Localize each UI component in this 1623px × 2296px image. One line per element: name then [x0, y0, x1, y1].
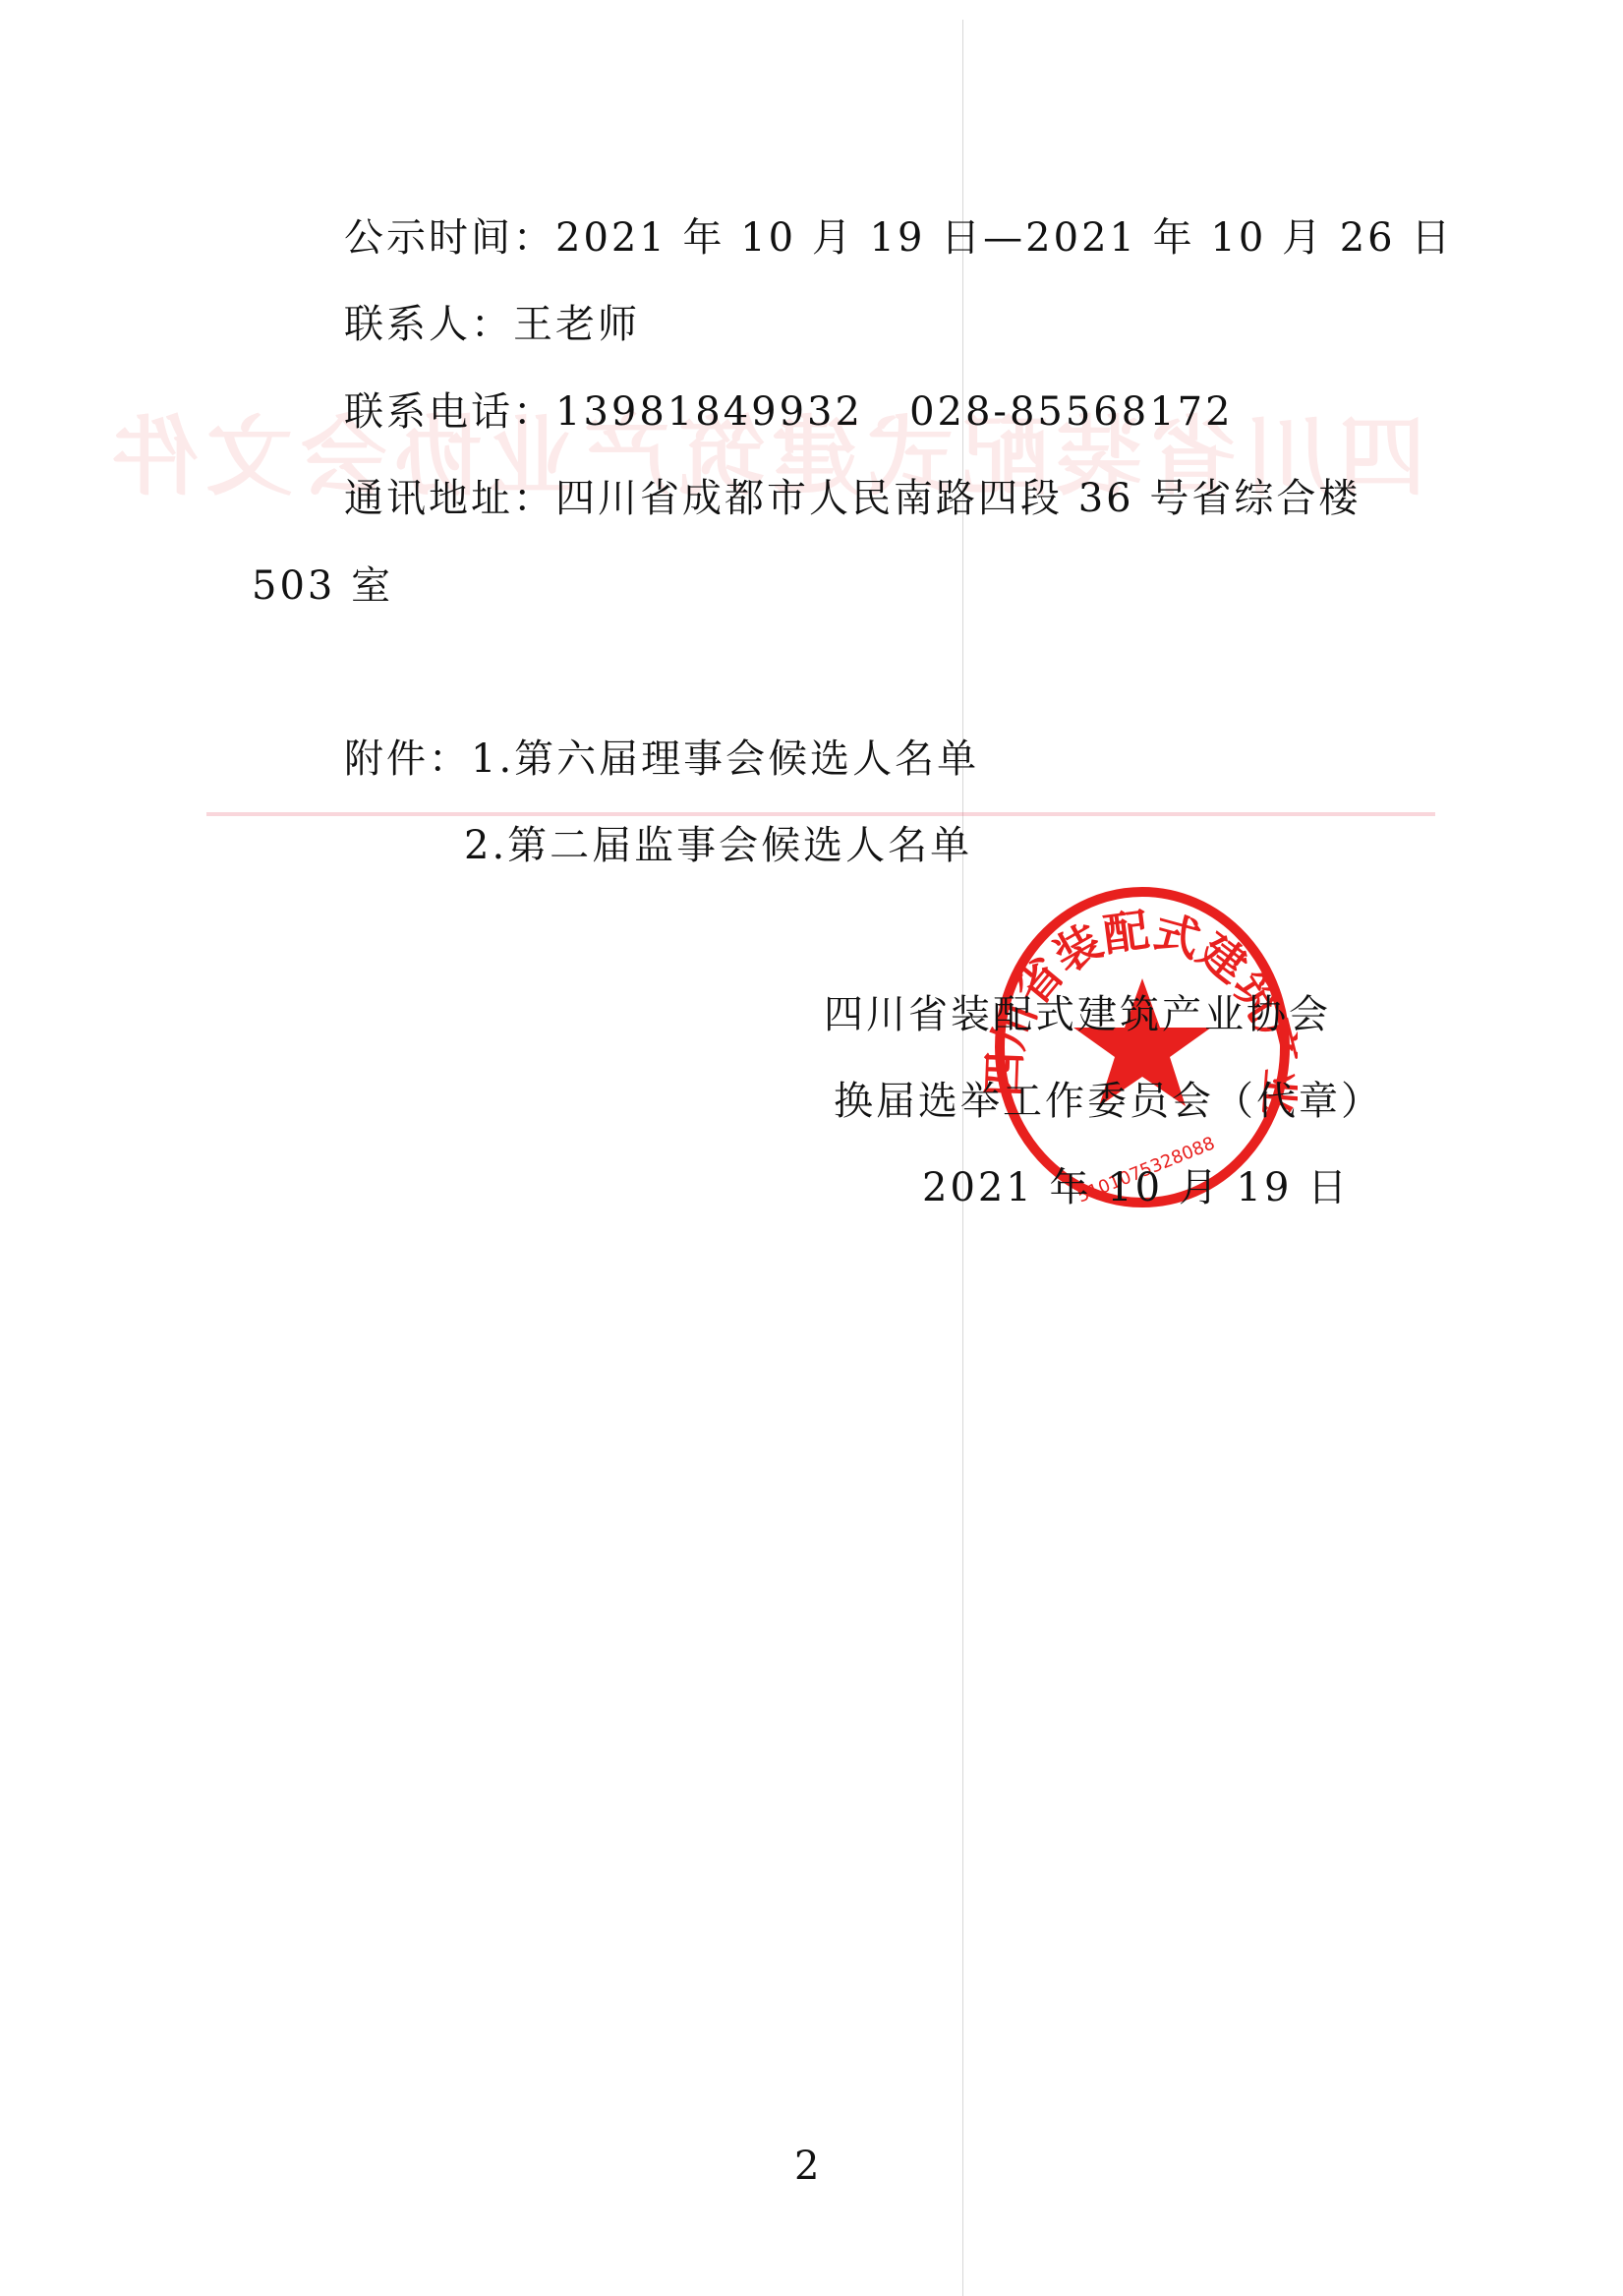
letterhead-rule-bleed-through [206, 812, 1435, 816]
attachment-item: 1.第六届理事会候选人名单 [471, 736, 979, 782]
signature-committee: 换届选举工作委员会（代章） [834, 1078, 1383, 1125]
attachment-1: 附件：1.第六届理事会候选人名单 [344, 736, 979, 783]
publicity-period: 公示时间：2021 年 10 月 19 日—2021 年 10 月 26 日 [344, 214, 1453, 262]
contact-phone: 联系电话：13981849932 028-85568172 [344, 388, 1234, 436]
mailing-address-line2: 503 室 [252, 562, 393, 610]
mailing-address: 通讯地址：四川省成都市人民南路四段 36 号省综合楼 [344, 475, 1361, 522]
phone-label: 联系电话： [344, 389, 555, 435]
contact-person: 联系人：王老师 [344, 301, 640, 348]
contact-value: 王老师 [513, 302, 640, 347]
contact-label: 联系人： [344, 302, 513, 347]
publicity-period-label: 公示时间： [344, 215, 555, 261]
scan-fold-line [962, 20, 963, 2296]
address-value: 四川省成都市人民南路四段 36 号省综合楼 [555, 476, 1361, 521]
address-label: 通讯地址： [344, 476, 555, 521]
page-number: 2 [794, 2144, 819, 2189]
signature-org: 四川省装配式建筑产业协会 [824, 991, 1331, 1038]
publicity-period-value: 2021 年 10 月 19 日—2021 年 10 月 26 日 [555, 215, 1453, 261]
attachments-label: 附件： [344, 736, 471, 782]
signature-date: 2021 年 10 月 19 日 [922, 1164, 1350, 1211]
phone-value: 13981849932 028-85568172 [555, 389, 1234, 435]
attachment-2: 2.第二届监事会候选人名单 [464, 822, 972, 869]
